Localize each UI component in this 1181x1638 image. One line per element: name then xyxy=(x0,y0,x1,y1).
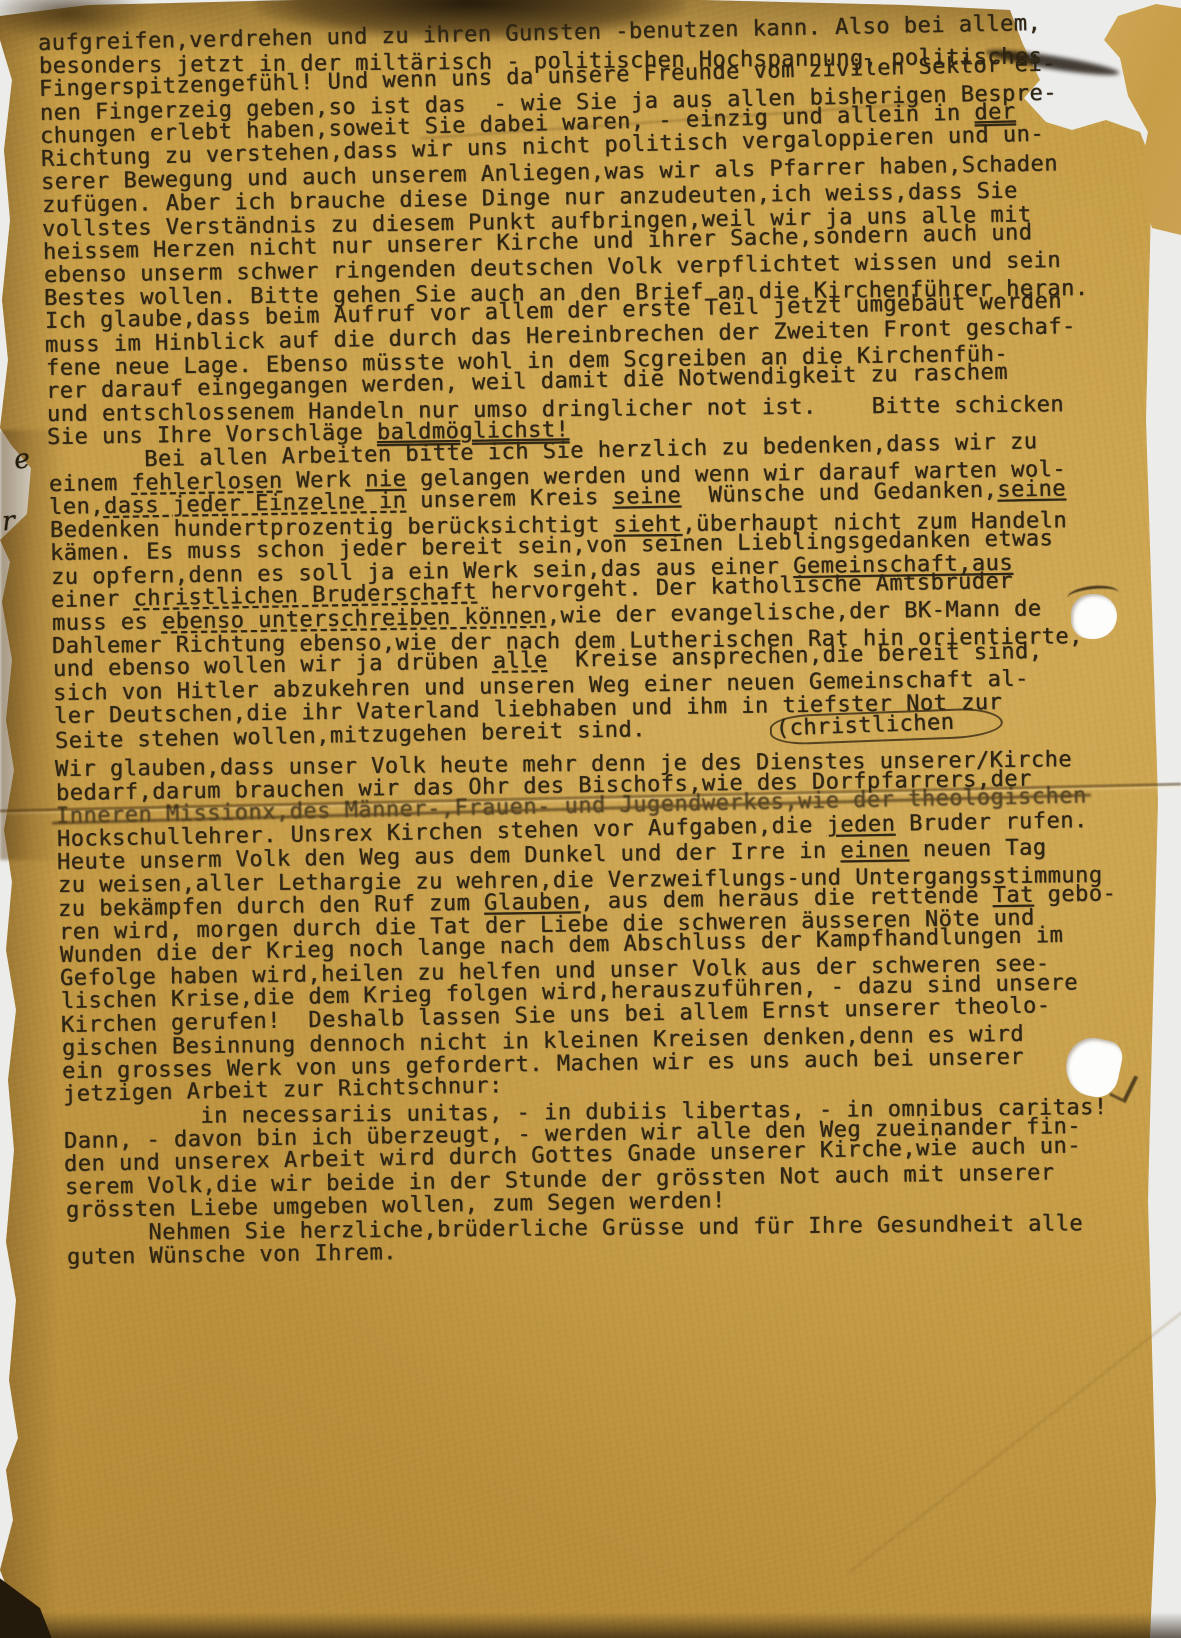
text-segment: Glauben xyxy=(484,889,581,915)
text-segment: jeden xyxy=(826,812,895,838)
text-segment: unserem Kreis xyxy=(406,485,613,514)
text-segment: Wünsche und Gedanken, xyxy=(681,478,998,509)
text-segment: Tat xyxy=(993,882,1035,908)
text-segment: muss es xyxy=(52,609,162,636)
text-segment: der xyxy=(974,99,1016,125)
text-segment: gebo- xyxy=(1034,881,1117,907)
text-segment: alle xyxy=(492,648,547,674)
text-segment: einer xyxy=(51,586,134,613)
text-segment: seine xyxy=(997,476,1066,502)
letter-body: aufgreifen,verdrehen und zu ihren Gunste… xyxy=(38,32,1148,1269)
text-segment: len, xyxy=(49,494,104,520)
handwritten-margin-mark: r xyxy=(1,506,16,538)
bottom-edge-shadow xyxy=(0,1612,1181,1638)
text-segment: neuen Tag xyxy=(909,835,1047,862)
text-segment: seine xyxy=(612,483,681,509)
text-segment: einen xyxy=(841,837,910,863)
text-segment: Bruder rufen. xyxy=(895,808,1088,837)
text-segment: guten Wünsche von Ihrem. xyxy=(66,1240,396,1270)
circled-insertion: (christlichen xyxy=(769,707,1003,746)
